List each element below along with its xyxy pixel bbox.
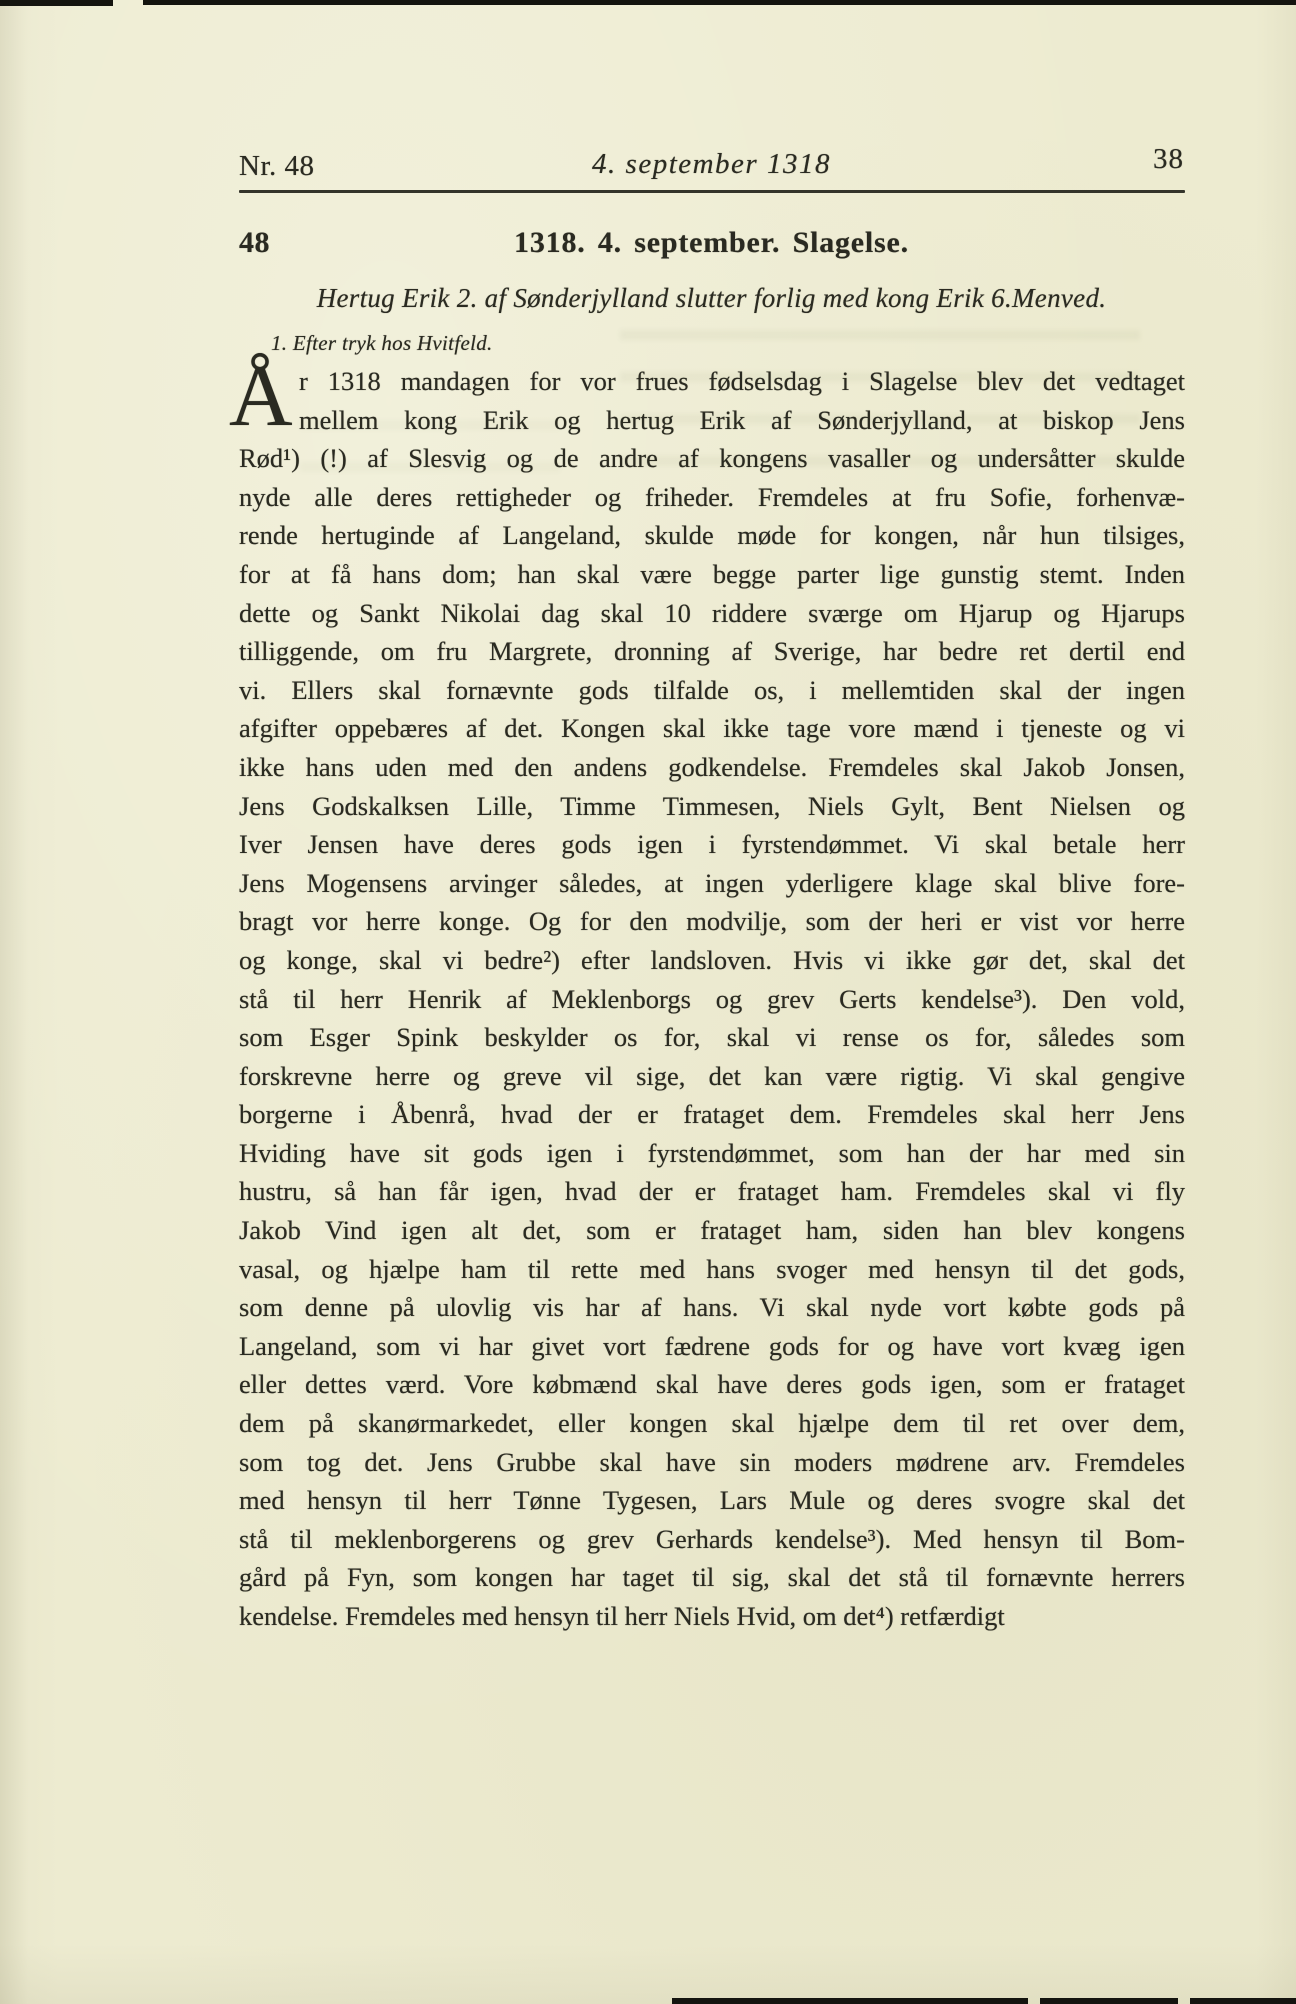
body-line: eller dettes værd. Vore købmænd skal hav… — [239, 1365, 1185, 1404]
body-line: og konge, skal vi bedre²) efter landslov… — [239, 941, 1185, 980]
body-line: vi. Ellers skal fornævnte gods tilfalde … — [239, 671, 1185, 710]
regest-summary: Hertug Erik 2. af Sønderjylland slutter … — [239, 283, 1184, 314]
scan-edge-bottom-2 — [1040, 1998, 1178, 2004]
body-text: Å r 1318 mandagen for vor frues fødselsd… — [239, 362, 1185, 1636]
scan-edge-bottom-1 — [672, 1998, 1028, 2004]
body-line: kendelse. Fremdeles med hensyn til herr … — [239, 1597, 1185, 1636]
body-line: dem på skanørmarkedet, eller kongen skal… — [239, 1404, 1185, 1443]
body-line: med hensyn til herr Tønne Tygesen, Lars … — [239, 1481, 1185, 1520]
header-rule — [239, 190, 1185, 193]
body-line: Jens Godskalksen Lille, Timme Timmesen, … — [239, 787, 1185, 826]
drop-cap: Å — [229, 353, 293, 441]
body-line: Jens Mogensens arvinger således, at inge… — [239, 864, 1185, 903]
scan-edge-top-left — [0, 0, 113, 6]
body-line: Rød¹) (!) af Slesvig og de andre af kong… — [239, 439, 1185, 478]
scan-edge-top-right — [143, 0, 1296, 5]
scan-edge-bottom-3 — [1190, 1998, 1296, 2004]
body-line: r 1318 mandagen for vor frues fødselsdag… — [239, 362, 1185, 401]
body-line: Langeland, som vi har givet vort fædrene… — [239, 1327, 1185, 1366]
body-line: borgerne i Åbenrå, hvad der er frataget … — [239, 1095, 1185, 1134]
body-line: forskrevne herre og greve vil sige, det … — [239, 1057, 1185, 1096]
running-header-date: 4. september 1318 — [239, 148, 1184, 181]
running-header-page-number: 38 — [1153, 143, 1184, 176]
scanned-book-page: Nr. 48 4. september 1318 38 48 1318. 4. … — [0, 0, 1296, 2004]
body-line: som denne på ulovlig vis har af hans. Vi… — [239, 1288, 1185, 1327]
body-line: tilliggende, om fru Margrete, dronning a… — [239, 632, 1185, 671]
body-line: som tog det. Jens Grubbe skal have sin m… — [239, 1443, 1185, 1482]
body-line: stå til herr Henrik af Meklenborgs og gr… — [239, 980, 1185, 1019]
body-line: rende hertuginde af Langeland, skulde mø… — [239, 516, 1185, 555]
body-line: stå til meklenborgerens og grev Gerhards… — [239, 1520, 1185, 1559]
body-line: Hviding have sit gods igen i fyrstendømm… — [239, 1134, 1185, 1173]
body-line: gård på Fyn, som kongen har taget til si… — [239, 1558, 1185, 1597]
body-line: dette og Sankt Nikolai dag skal 10 ridde… — [239, 594, 1185, 633]
body-line: for at få hans dom; han skal være begge … — [239, 555, 1185, 594]
body-line: bragt vor herre konge. Og for den modvil… — [239, 902, 1185, 941]
body-line: som Esger Spink beskylder os for, skal v… — [239, 1018, 1185, 1057]
body-line: nyde alle deres rettigheder og friheder.… — [239, 478, 1185, 517]
body-line: mellem kong Erik og hertug Erik af Sønde… — [239, 401, 1185, 440]
body-line: Jakob Vind igen alt det, som er frataget… — [239, 1211, 1185, 1250]
body-line: hustru, så han får igen, hvad der er fra… — [239, 1172, 1185, 1211]
body-line: Iver Jensen have deres gods igen i fyrst… — [239, 825, 1185, 864]
body-line: vasal, og hjælpe ham til rette med hans … — [239, 1250, 1185, 1289]
body-line: afgifter oppebæres af det. Kongen skal i… — [239, 709, 1185, 748]
source-note: 1. Efter tryk hos Hvitfeld. — [271, 331, 493, 356]
body-line: ikke hans uden med den andens godkendels… — [239, 748, 1185, 787]
document-title: 1318. 4. september. Slagelse. — [239, 226, 1184, 260]
